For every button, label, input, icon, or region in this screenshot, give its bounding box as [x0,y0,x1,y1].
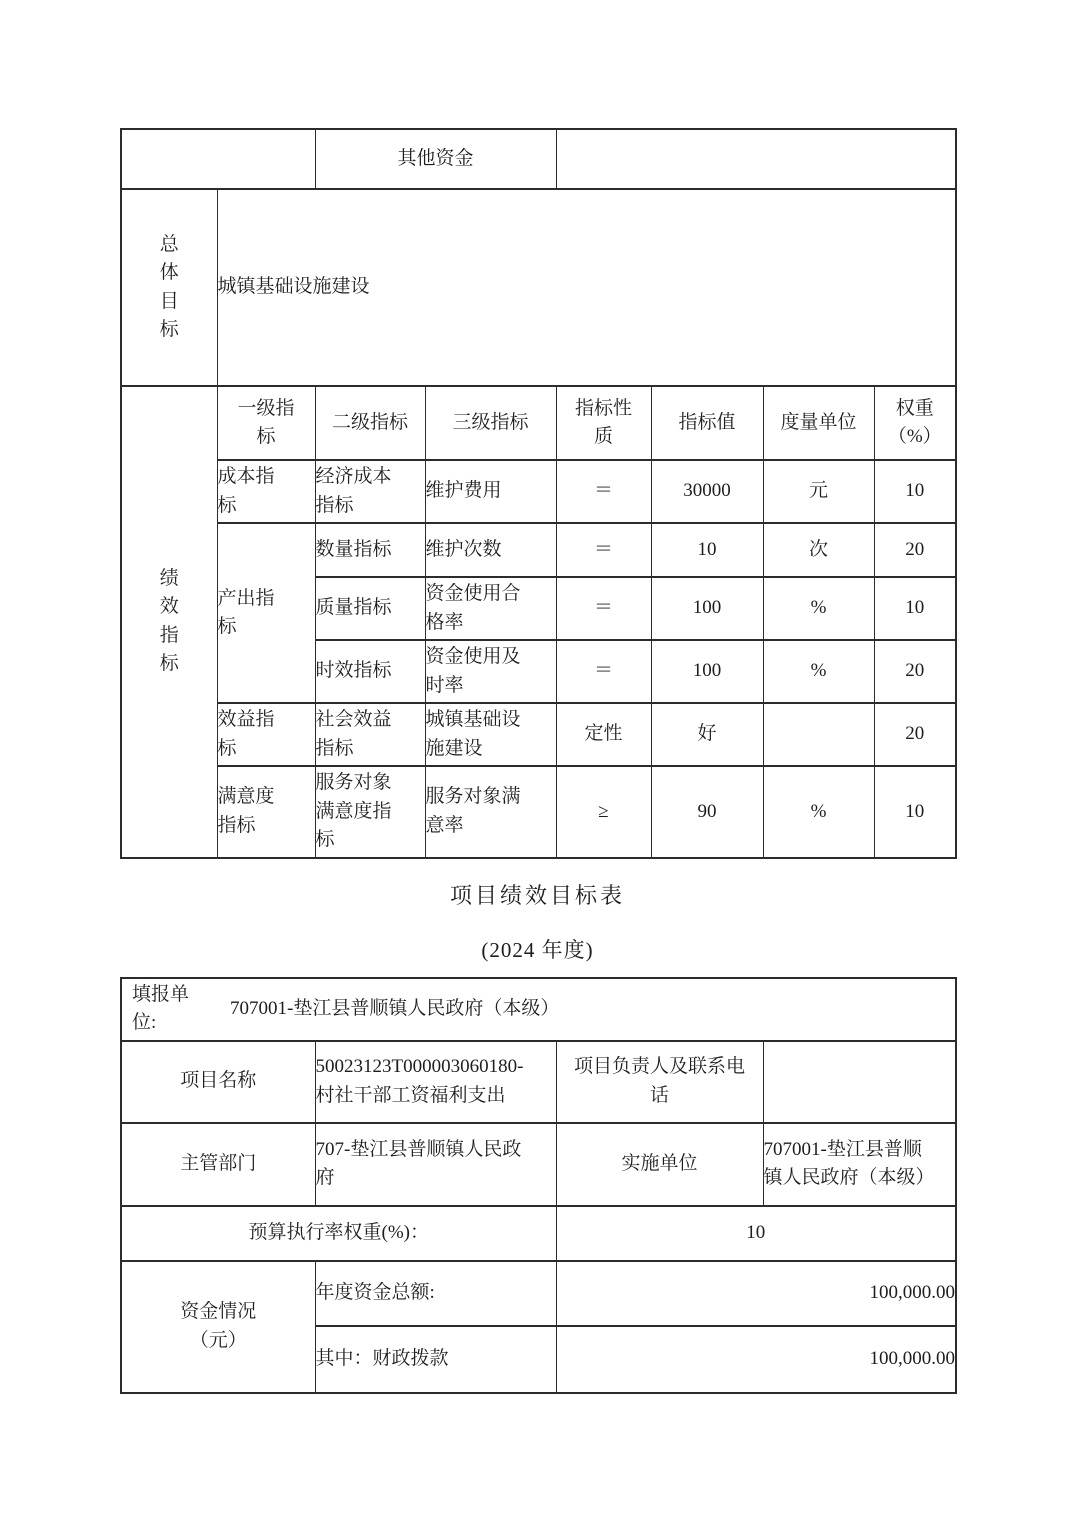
overall-goal-label: 总 体 目 标 [121,189,217,386]
perf-cell-value: 100 [651,640,763,703]
perf-cell-weight: 10 [874,766,956,858]
perf-cell-weight: 10 [874,577,956,640]
project-name-label: 项目名称 [121,1041,315,1123]
perf-row-cost: 成本指 标 经济成本 指标 维护费用 ＝ 30000 元 10 [121,460,956,523]
report-unit-value: 707001-垫江县普顺镇人民政府（本级） [192,995,955,1024]
perf-cell-unit: % [763,766,874,858]
project-name-value: 50023123T000003060180- 村社干部工资福利支出 [315,1041,556,1123]
perf-cell-unit: % [763,640,874,703]
perf-row-benefit: 效益指 标 社会效益 指标 城镇基础设 施建设 定性 好 20 [121,703,956,766]
budget-rate-label: 预算执行率权重(%)： [121,1206,556,1261]
perf-row-satisfaction: 满意度 指标 服务对象 满意度指 标 服务对象满 意率 ≥ 90 % 10 [121,766,956,858]
project-leader-label: 项目负责人及联系电 话 [556,1041,763,1123]
page-subtitle: (2024 年度) [120,934,955,964]
perf-cell-level3: 服务对象满 意率 [425,766,556,858]
perf-header-level3: 三级指标 [425,386,556,460]
perf-cell-nature: ＝ [556,640,651,703]
funds-section-label: 资金情况 （元） [121,1261,315,1393]
funds-total-row: 资金情况 （元） 年度资金总额: 100,000.00 [121,1261,956,1326]
perf-cell-level2: 社会效益 指标 [315,703,425,766]
perf-cell-weight: 20 [874,703,956,766]
funds-fiscal-label: 其中：财政拨款 [315,1326,556,1393]
perf-cell-value: 90 [651,766,763,858]
other-funds-value [556,129,956,189]
perf-cell-value: 10 [651,523,763,577]
impl-unit-label: 实施单位 [556,1123,763,1206]
other-funds-left-cell [121,129,315,189]
perf-cell-level2: 时效指标 [315,640,425,703]
perf-cell-level3: 资金使用及 时率 [425,640,556,703]
perf-header-level2: 二级指标 [315,386,425,460]
budget-rate-value: 10 [556,1206,956,1261]
document-page: 其他资金 总 体 目 标 城镇基础设施建设 绩 效 指 标 一级指 标 二级指标… [0,0,1074,1520]
perf-header-level1: 一级指 标 [217,386,315,460]
perf-cell-unit: % [763,577,874,640]
perf-cell-level2: 质量指标 [315,577,425,640]
perf-row-quantity: 产出指 标 数量指标 维护次数 ＝ 10 次 20 [121,523,956,577]
impl-unit-value: 707001-垫江县普顺 镇人民政府（本级） [763,1123,956,1206]
perf-cell-weight: 20 [874,640,956,703]
other-funds-row: 其他资金 [121,129,956,189]
project-info-table: 填报单 位: 707001-垫江县普顺镇人民政府（本级） 项目名称 500231… [120,977,957,1394]
perf-cell-level2: 数量指标 [315,523,425,577]
perf-cell-nature: ≥ [556,766,651,858]
perf-header-unit: 度量单位 [763,386,874,460]
report-unit-row: 填报单 位: 707001-垫江县普顺镇人民政府（本级） [121,978,956,1041]
report-unit-cell: 填报单 位: 707001-垫江县普顺镇人民政府（本级） [121,978,956,1041]
report-unit-label: 填报单 位: [122,981,192,1038]
perf-header-weight: 权重 （%） [874,386,956,460]
project-name-row: 项目名称 50023123T000003060180- 村社干部工资福利支出 项… [121,1041,956,1123]
perf-cell-unit: 元 [763,460,874,523]
perf-header-value: 指标值 [651,386,763,460]
perf-cell-unit [763,703,874,766]
funds-total-value: 100,000.00 [556,1261,956,1326]
perf-cell-value: 30000 [651,460,763,523]
page-title: 项目绩效目标表 [120,879,955,910]
perf-cell-value: 好 [651,703,763,766]
perf-cell-level2: 经济成本 指标 [315,460,425,523]
perf-cell-nature: ＝ [556,460,651,523]
performance-goal-table: 其他资金 总 体 目 标 城镇基础设施建设 绩 效 指 标 一级指 标 二级指标… [120,128,957,859]
perf-cell-level3: 维护次数 [425,523,556,577]
perf-cell-nature: 定性 [556,703,651,766]
project-leader-value [763,1041,956,1123]
perf-cell-weight: 10 [874,460,956,523]
perf-cell-level3: 城镇基础设 施建设 [425,703,556,766]
perf-cell-level1: 成本指 标 [217,460,315,523]
perf-cell-level1: 满意度 指标 [217,766,315,858]
budget-rate-row: 预算执行率权重(%)： 10 [121,1206,956,1261]
perf-cell-nature: ＝ [556,523,651,577]
perf-section-label: 绩 效 指 标 [121,386,217,858]
perf-cell-level3: 维护费用 [425,460,556,523]
perf-cell-weight: 20 [874,523,956,577]
dept-value: 707-垫江县普顺镇人民政 府 [315,1123,556,1206]
perf-cell-nature: ＝ [556,577,651,640]
funds-total-label: 年度资金总额: [315,1261,556,1326]
perf-cell-level1: 效益指 标 [217,703,315,766]
overall-goal-value: 城镇基础设施建设 [217,189,956,386]
dept-row: 主管部门 707-垫江县普顺镇人民政 府 实施单位 707001-垫江县普顺 镇… [121,1123,956,1206]
perf-cell-unit: 次 [763,523,874,577]
perf-header-row: 绩 效 指 标 一级指 标 二级指标 三级指标 指标性 质 指标值 度量单位 权… [121,386,956,460]
other-funds-label: 其他资金 [315,129,556,189]
funds-fiscal-value: 100,000.00 [556,1326,956,1393]
overall-goal-row: 总 体 目 标 城镇基础设施建设 [121,189,956,386]
perf-cell-level1: 产出指 标 [217,523,315,703]
perf-cell-value: 100 [651,577,763,640]
perf-header-nature: 指标性 质 [556,386,651,460]
dept-label: 主管部门 [121,1123,315,1206]
perf-cell-level2: 服务对象 满意度指 标 [315,766,425,858]
perf-cell-level3: 资金使用合 格率 [425,577,556,640]
